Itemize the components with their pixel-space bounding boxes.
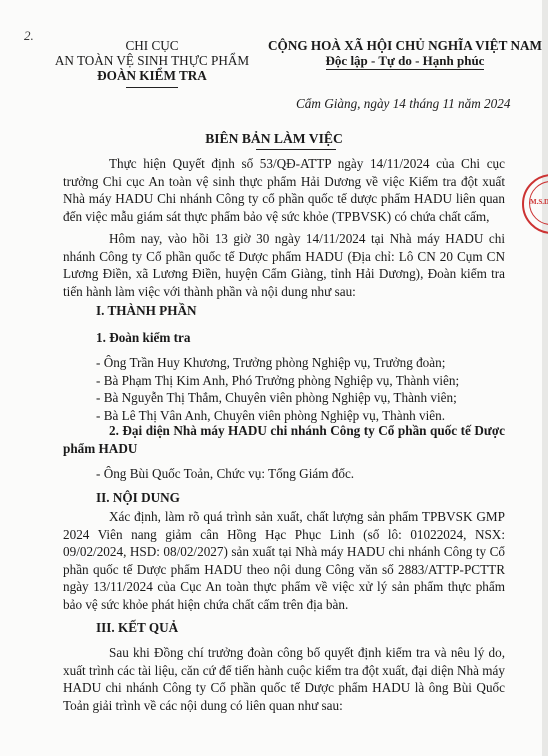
issuer-header: CHI CỤC AN TOÀN VỆ SINH THỰC PHẨM ĐOÀN K… <box>52 38 252 88</box>
document-page: 2. CHI CỤC AN TOÀN VỆ SINH THỰC PHẨM ĐOÀ… <box>0 0 548 756</box>
title-underline <box>256 149 336 150</box>
inspection-team-list: - Ông Trần Huy Khương, Trưởng phòng Nghi… <box>96 354 516 424</box>
stamp-text: M.S.D.N <box>530 198 548 206</box>
team-member: - Bà Nguyễn Thị Thắm, Chuyên viên phòng … <box>96 389 516 407</box>
section-1-heading: I. THÀNH PHẦN <box>96 302 538 320</box>
issuer-line-2: AN TOÀN VỆ SINH THỰC PHẨM <box>52 53 252 68</box>
meeting-paragraph: Hôm nay, vào hồi 13 giờ 30 ngày 14/11/20… <box>63 230 505 300</box>
section-2-heading: II. NỘI DUNG <box>96 489 538 507</box>
national-header: CỘNG HOÀ XÃ HỘI CHỦ NGHĨA VIỆT NAM Độc l… <box>262 38 548 70</box>
section-3-heading: III. KẾT QUẢ <box>96 619 538 637</box>
subsection-2-heading: 2. Đại diện Nhà máy HADU chi nhánh Công … <box>63 422 505 457</box>
issuer-line-1: CHI CỤC <box>52 38 252 53</box>
section-2-paragraph: Xác định, làm rõ quá trình sản xuất, chấ… <box>63 508 505 614</box>
issuer-underline <box>126 87 178 88</box>
intro-paragraph: Thực hiện Quyết định số 53/QĐ-ATTP ngày … <box>63 155 505 225</box>
team-member: - Ông Trần Huy Khương, Trưởng phòng Nghi… <box>96 354 516 372</box>
red-seal-stamp: M.S.D.N <box>522 174 548 234</box>
issuer-line-3: ĐOÀN KIỂM TRA <box>52 68 252 83</box>
place-date: Cẩm Giàng, ngày 14 tháng 11 năm 2024 <box>296 96 510 112</box>
section-3-paragraph: Sau khi Đồng chí trưởng đoàn công bố quy… <box>63 644 505 714</box>
subsection-1-heading: 1. Đoàn kiểm tra <box>96 329 538 347</box>
team-member: - Bà Phạm Thị Kim Anh, Phó Trưởng phòng … <box>96 372 516 390</box>
national-motto: Độc lập - Tự do - Hạnh phúc <box>326 53 485 70</box>
company-representative: - Ông Bùi Quốc Toản, Chức vụ: Tổng Giám … <box>96 465 538 483</box>
document-title: BIÊN BẢN LÀM VIỆC <box>0 131 548 147</box>
handwritten-mark: 2. <box>24 28 34 44</box>
page-edge-shadow <box>542 0 548 756</box>
national-title: CỘNG HOÀ XÃ HỘI CHỦ NGHĨA VIỆT NAM <box>262 38 548 53</box>
